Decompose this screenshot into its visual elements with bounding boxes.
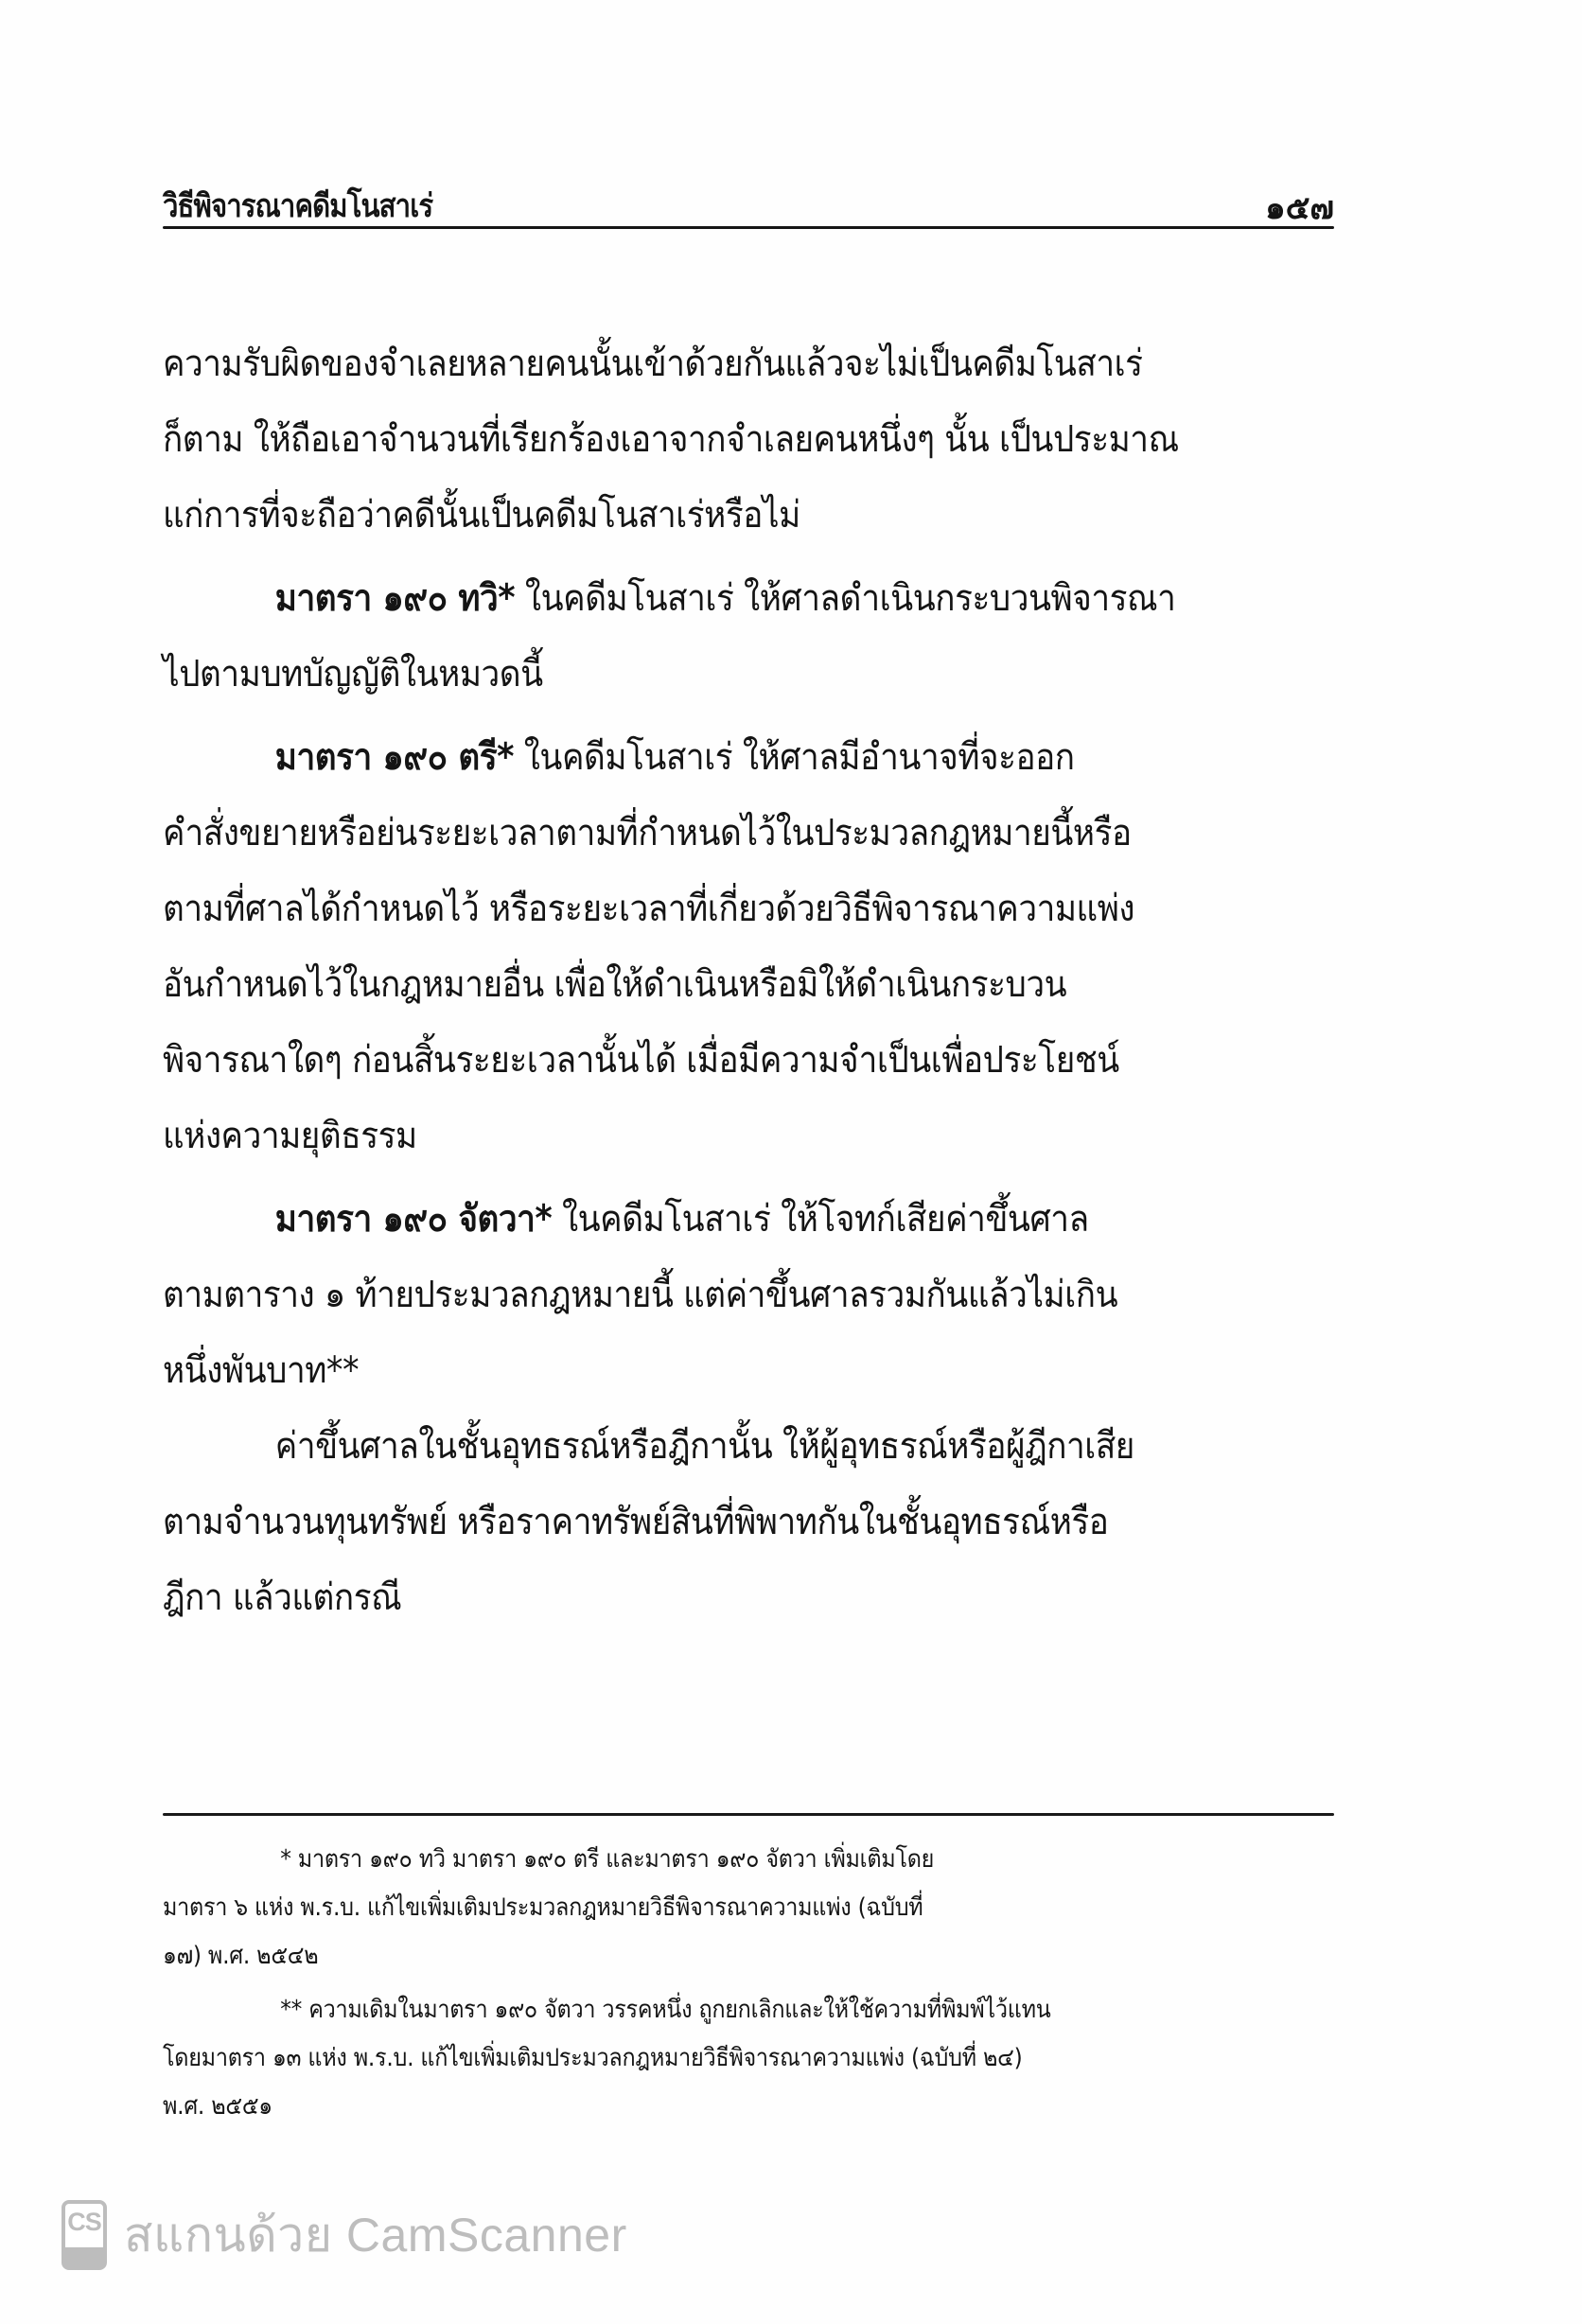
footnotes: * มาตรา ๑๙๐ ทวิ มาตรา ๑๙๐ ตรี และมาตรา ๑…: [163, 1836, 1334, 2137]
text-line: ไปตามบทบัญญัติในหมวดนี้: [163, 637, 1217, 713]
text-line: ค่าขึ้นศาลในชั้นอุทธรณ์หรือฎีกานั้น ให้ผ…: [163, 1409, 1217, 1485]
text-line: อันกำหนดไว้ในกฎหมายอื่น เพื่อให้ดำเนินหร…: [163, 947, 1217, 1023]
text-line: ตามตาราง ๑ ท้ายประมวลกฎหมายนี้ แต่ค่าขึ้…: [163, 1258, 1217, 1333]
footnote-double-asterisk: ** ความเดิมในมาตรา ๑๙๐ จัตวา วรรคหนึ่ง ถ…: [163, 1986, 1334, 2131]
section-label: มาตรา ๑๙๐ ตรี*: [275, 736, 514, 779]
section-190-quater: มาตรา ๑๙๐ จัตวา* ในคดีมโนสาเร่ ให้โจทก์เ…: [163, 1182, 1334, 1409]
watermark-text: สแกนด้วย CamScanner: [124, 2198, 627, 2273]
footnote-rule: [163, 1813, 1334, 1816]
text-line: ฎีกา แล้วแต่กรณี: [163, 1560, 1217, 1636]
logo-text: CS: [65, 2208, 103, 2237]
running-header: วิธีพิจารณาคดีมโนสาเร่ ๑๕๗: [163, 180, 1334, 225]
text-line: แก่การที่จะถือว่าคดีนั้นเป็นคดีมโนสาเร่ห…: [163, 478, 1217, 554]
scanned-page: วิธีพิจารณาคดีมโนสาเร่ ๑๕๗ ความรับผิดของ…: [0, 0, 1582, 2324]
text-line: ก็ตาม ให้ถือเอาจำนวนที่เรียกร้องเอาจากจำ…: [163, 402, 1217, 478]
footnote-line: ๑๗) พ.ศ. ๒๕๔๒: [163, 1932, 1217, 1981]
text-line: คำสั่งขยายหรือย่นระยะเวลาตามที่กำหนดไว้ใ…: [163, 796, 1217, 871]
text-line: ในคดีมโนสาเร่ ให้ศาลมีอำนาจที่จะออก: [514, 736, 1075, 779]
section-190-quater-paragraph-2: ค่าขึ้นศาลในชั้นอุทธรณ์หรือฎีกานั้น ให้ผ…: [163, 1409, 1334, 1636]
text-line: พิจารณาใดๆ ก่อนสิ้นระยะเวลานั้นได้ เมื่อ…: [163, 1023, 1217, 1099]
footnote-line: พ.ศ. ๒๕๕๑: [163, 2083, 1217, 2131]
text-line: ตามจำนวนทุนทรัพย์ หรือราคาทรัพย์สินที่พิ…: [163, 1485, 1217, 1560]
section-label: มาตรา ๑๙๐ จัตวา*: [275, 1198, 552, 1241]
text-line: ในคดีมโนสาเร่ ให้โจทก์เสียค่าขึ้นศาล: [552, 1198, 1088, 1241]
text-line: ตามที่ศาลได้กำหนดไว้ หรือระยะเวลาที่เกี่…: [163, 871, 1217, 947]
footnote-line: ** ความเดิมในมาตรา ๑๙๐ จัตวา วรรคหนึ่ง ถ…: [163, 1986, 1217, 2034]
continuation-paragraph: ความรับผิดของจำเลยหลายคนนั้นเข้าด้วยกันแ…: [163, 326, 1334, 554]
footnote-line: * มาตรา ๑๙๐ ทวิ มาตรา ๑๙๐ ตรี และมาตรา ๑…: [163, 1836, 1217, 1884]
section-190-ter: มาตรา ๑๙๐ ตรี* ในคดีมโนสาเร่ ให้ศาลมีอำน…: [163, 720, 1334, 1174]
footnote-single-asterisk: * มาตรา ๑๙๐ ทวิ มาตรา ๑๙๐ ตรี และมาตรา ๑…: [163, 1836, 1334, 1981]
body-text: ความรับผิดของจำเลยหลายคนนั้นเข้าด้วยกันแ…: [163, 326, 1334, 1636]
text-line: ในคดีมโนสาเร่ ให้ศาลดำเนินกระบวนพิจารณา: [515, 577, 1175, 620]
section-190-bis: มาตรา ๑๙๐ ทวิ* ในคดีมโนสาเร่ ให้ศาลดำเนิ…: [163, 561, 1334, 713]
header-rule: [163, 226, 1334, 229]
footnote-line: มาตรา ๖ แห่ง พ.ร.บ. แก้ไขเพิ่มเติมประมวล…: [163, 1884, 1217, 1932]
camscanner-logo-icon: CS: [62, 2200, 107, 2270]
text-line: ความรับผิดของจำเลยหลายคนนั้นเข้าด้วยกันแ…: [163, 326, 1217, 402]
text-line: หนึ่งพันบาท**: [163, 1333, 1217, 1409]
page-number: ๑๕๗: [1265, 182, 1334, 233]
footnote-line: โดยมาตรา ๑๓ แห่ง พ.ร.บ. แก้ไขเพิ่มเติมปร…: [163, 2034, 1217, 2083]
section-label: มาตรา ๑๙๐ ทวิ*: [275, 577, 515, 620]
text-line: แห่งความยุติธรรม: [163, 1099, 1217, 1174]
running-title: วิธีพิจารณาคดีมโนสาเร่: [163, 180, 432, 231]
camscanner-watermark: CS สแกนด้วย CamScanner: [62, 2197, 627, 2273]
